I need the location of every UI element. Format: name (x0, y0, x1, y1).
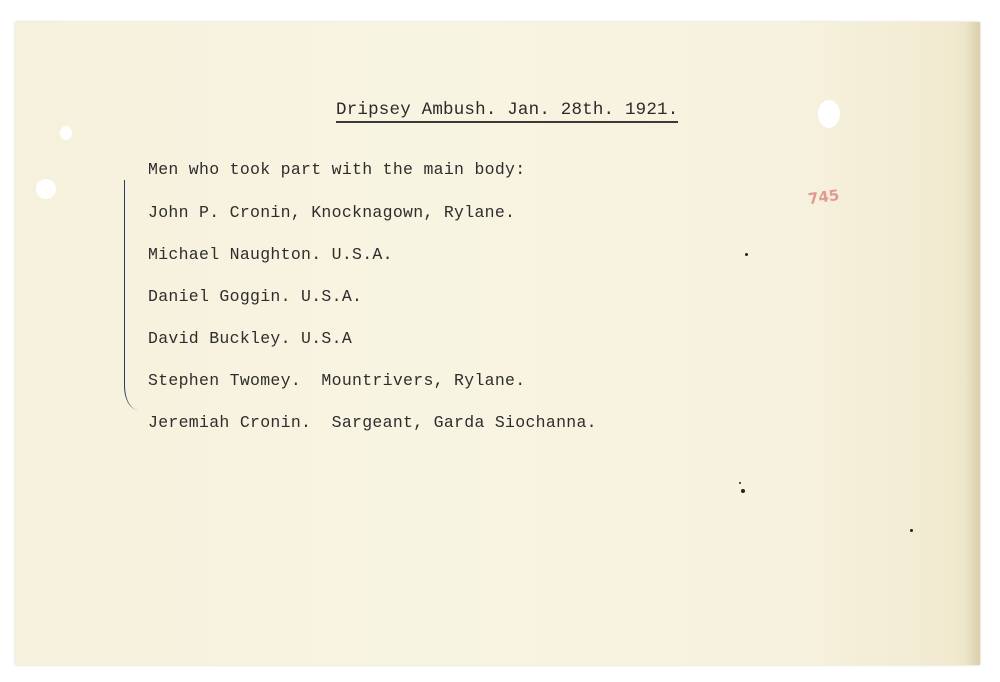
list-item: Stephen Twomey. Mountrivers, Rylane. (148, 371, 525, 390)
list-item: Jeremiah Cronin. Sargeant, Garda Siochan… (148, 413, 597, 432)
list-item: Daniel Goggin. U.S.A. (148, 287, 362, 306)
ink-speck (739, 482, 741, 484)
ink-speck (910, 529, 913, 532)
handwritten-bracket (124, 180, 139, 410)
document-title: Dripsey Ambush. Jan. 28th. 1921. (336, 100, 678, 123)
list-item: Michael Naughton. U.S.A. (148, 245, 393, 264)
punch-hole-left (36, 179, 56, 199)
ink-speck (741, 489, 745, 493)
list-item: David Buckley. U.S.A (148, 329, 352, 348)
list-item: John P. Cronin, Knocknagown, Rylane. (148, 203, 515, 222)
ink-speck (745, 253, 748, 256)
punch-hole-left-top (60, 126, 72, 140)
punch-hole-right (818, 100, 840, 128)
intro-line: Men who took part with the main body: (148, 160, 525, 179)
